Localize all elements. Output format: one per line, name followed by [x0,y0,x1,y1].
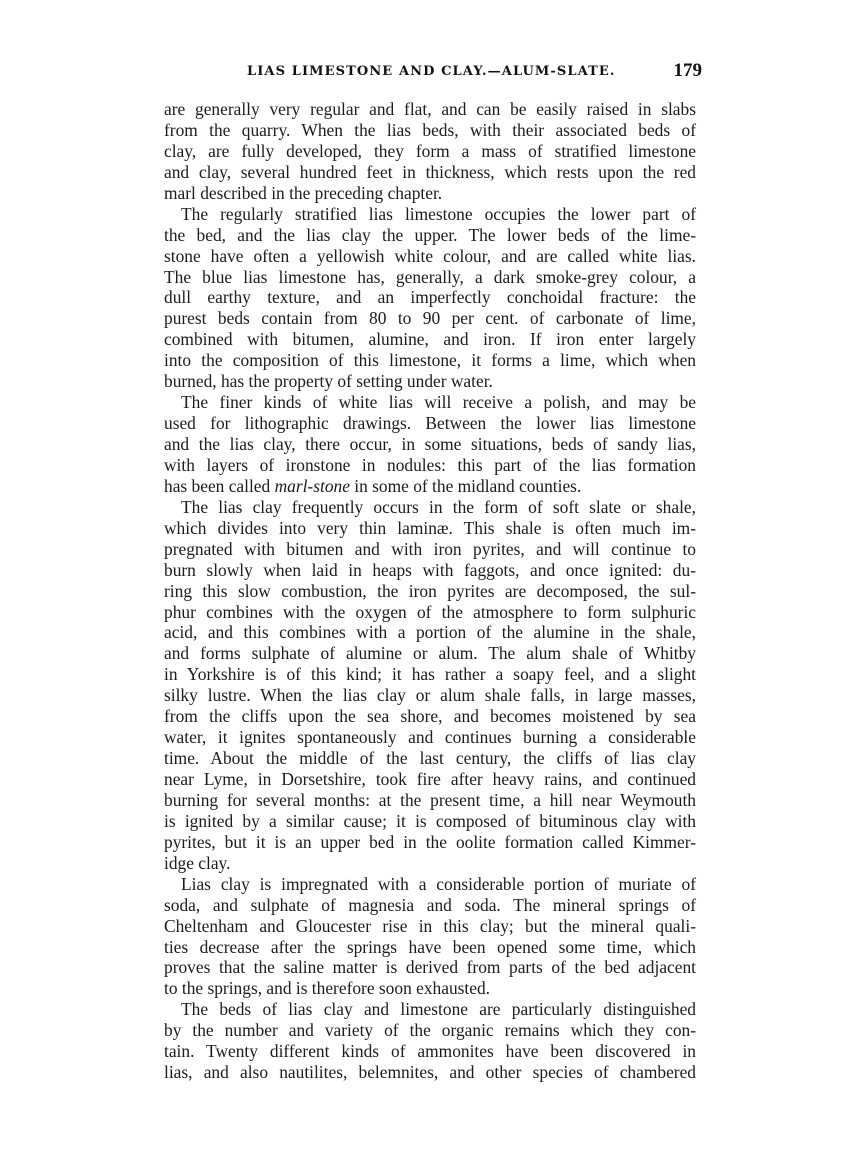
text-line: silky lustre. When the lias clay or alum… [164,685,696,706]
running-title: LIAS LIMESTONE AND CLAY.—ALUM-SLATE. [247,64,616,79]
text-line: from the cliffs upon the sea shore, and … [164,706,696,727]
text-line: purest beds contain from 80 to 90 per ce… [164,308,696,329]
text-line: from the quarry. When the lias beds, wit… [164,120,696,141]
text-line: clay, are fully developed, they form a m… [164,141,696,162]
text-line: in Yorkshire is of this kind; it has rat… [164,664,696,685]
text-line: burned, has the property of setting unde… [164,371,696,392]
text-line: The regularly stratified lias limestone … [164,204,696,225]
page-number: 179 [674,60,703,82]
text-line: soda, and sulphate of magnesia and soda.… [164,895,696,916]
text-line: stone have often a yellowish white colou… [164,246,696,267]
paragraph-mineral-springs: Lias clay is impregnated with a consider… [164,874,696,1000]
text-line: used for lithographic drawings. Between … [164,413,696,434]
text-line: Lias clay is impregnated with a consider… [164,874,696,895]
text-line: burn slowly when laid in heaps with fagg… [164,560,696,581]
paragraph-continued: are generally very regular and flat, and… [164,99,696,204]
text-line: ring this slow combustion, the iron pyri… [164,581,696,602]
text-line: ties decrease after the springs have bee… [164,937,696,958]
running-head: LIAS LIMESTONE AND CLAY.—ALUM-SLATE. 179 [247,62,702,84]
text-run: has been called [164,476,275,496]
book-page: LIAS LIMESTONE AND CLAY.—ALUM-SLATE. 179… [0,0,850,1150]
text-line: with layers of ironstone in nodules: thi… [164,455,696,476]
text-run: in some of the midland counties. [350,476,581,496]
paragraph-lias-limestone: The regularly stratified lias limestone … [164,204,696,392]
text-line: Cheltenham and Gloucester rise in this c… [164,916,696,937]
text-line: phur combines with the oxygen of the atm… [164,602,696,623]
text-line: and forms sulphate of alumine or alum. T… [164,643,696,664]
text-line: near Lyme, in Dorsetshire, took fire aft… [164,769,696,790]
body-text: are generally very regular and flat, and… [164,99,696,1083]
paragraph-lias-clay: The lias clay frequently occurs in the f… [164,497,696,874]
paragraph-white-lias: The finer kinds of white lias will recei… [164,392,696,497]
text-line: pyrites, but it is an upper bed in the o… [164,832,696,853]
text-line: the bed, and the lias clay the upper. Th… [164,225,696,246]
text-line: which divides into very thin laminæ. Thi… [164,518,696,539]
text-line: are generally very regular and flat, and… [164,99,696,120]
text-line: dull earthy texture, and an imperfectly … [164,287,696,308]
paragraph-organic-remains: The beds of lias clay and limestone are … [164,999,696,1083]
text-line: to the springs, and is therefore soon ex… [164,978,696,999]
text-line: by the number and variety of the organic… [164,1020,696,1041]
text-line: acid, and this combines with a portion o… [164,622,696,643]
text-line: combined with bitumen, alumine, and iron… [164,329,696,350]
text-line: pregnated with bitumen and with iron pyr… [164,539,696,560]
text-line: burning for several months: at the prese… [164,790,696,811]
text-line: The lias clay frequently occurs in the f… [164,497,696,518]
text-line: time. About the middle of the last centu… [164,748,696,769]
text-line: proves that the saline matter is derived… [164,957,696,978]
text-line: water, it ignites spontaneously and cont… [164,727,696,748]
text-line: The blue lias limestone has, generally, … [164,267,696,288]
italic-term: marl-stone [275,476,350,496]
text-line: The beds of lias clay and limestone are … [164,999,696,1020]
text-line: and clay, several hundred feet in thickn… [164,162,696,183]
text-line: has been called marl-stone in some of th… [164,476,696,497]
text-line: and the lias clay, there occur, in some … [164,434,696,455]
text-line: lias, and also nautilites, belemnites, a… [164,1062,696,1083]
text-line: marl described in the preceding chapter. [164,183,696,204]
text-line: idge clay. [164,853,696,874]
text-line: tain. Twenty different kinds of ammonite… [164,1041,696,1062]
text-line: into the composition of this limestone, … [164,350,696,371]
text-line: The finer kinds of white lias will recei… [164,392,696,413]
text-line: is ignited by a similar cause; it is com… [164,811,696,832]
